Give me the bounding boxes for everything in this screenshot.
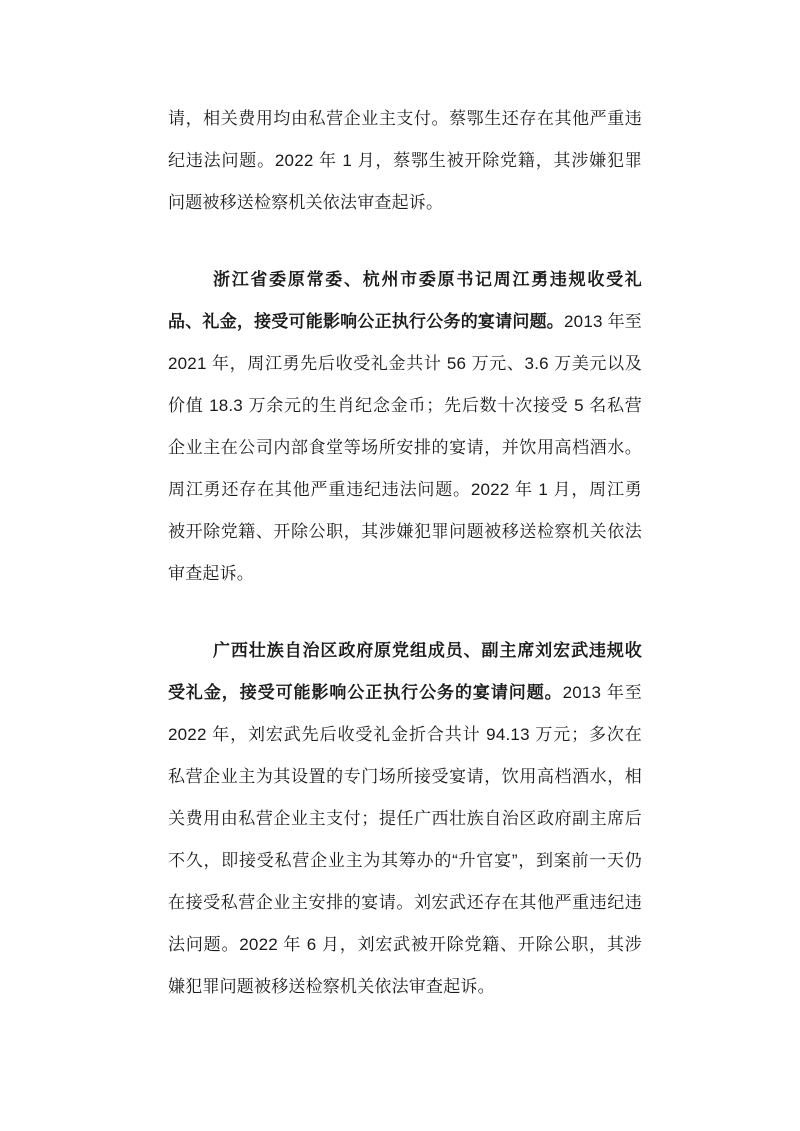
- document-body: 请，相关费用均由私营企业主支付。蔡鄂生还存在其他严重违纪违法问题。2022 年 …: [168, 98, 642, 1008]
- paragraph: 请，相关费用均由私营企业主支付。蔡鄂生还存在其他严重违纪违法问题。2022 年 …: [168, 98, 642, 224]
- paragraph-text: 请，相关费用均由私营企业主支付。蔡鄂生还存在其他严重违纪违法问题。2022 年 …: [168, 109, 642, 212]
- paragraph-text: 2013 年至 2022 年，刘宏武先后收受礼金折合共计 94.13 万元；多次…: [168, 683, 642, 996]
- paragraph: 浙江省委原常委、杭州市委原书记周江勇违规收受礼品、礼金，接受可能影响公正执行公务…: [168, 259, 642, 595]
- paragraph: 广西壮族自治区政府原党组成员、副主席刘宏武违规收受礼金，接受可能影响公正执行公务…: [168, 630, 642, 1008]
- document-page: 请，相关费用均由私营企业主支付。蔡鄂生还存在其他严重违纪违法问题。2022 年 …: [0, 0, 800, 1131]
- paragraph-text: 2013 年至 2021 年，周江勇先后收受礼金共计 56 万元、3.6 万美元…: [168, 312, 642, 583]
